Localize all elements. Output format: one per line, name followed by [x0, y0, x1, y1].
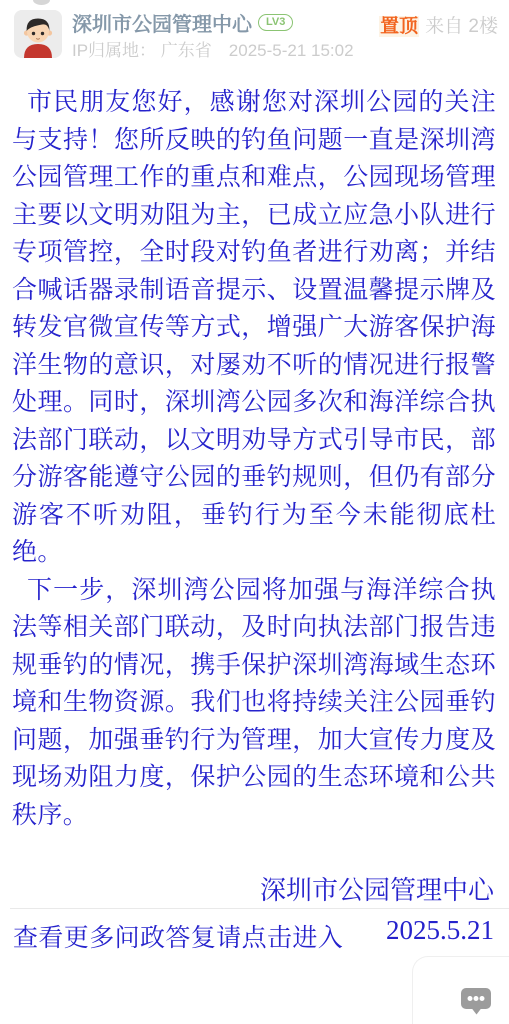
more-replies-link[interactable]: 查看更多问政答复请点击进入	[13, 921, 343, 955]
floor-label: 来自 2楼	[425, 16, 498, 37]
comment-button[interactable]	[460, 986, 492, 1016]
level-badge: LV3	[258, 14, 293, 31]
signature: 深圳市公园管理中心	[12, 874, 496, 906]
ip-location: IP归属地： 广东省	[72, 41, 212, 60]
post-datetime: 2025-5-21 15:02	[229, 41, 354, 60]
reply-paragraph: 市民朋友您好，感谢您对深圳公园的关注与支持！您所反映的钓鱼问题一直是深圳湾公园管…	[12, 84, 496, 572]
cutoff-decoration	[33, 0, 50, 5]
divider	[10, 908, 509, 909]
pinned-badge: 置顶	[379, 16, 419, 37]
username-link[interactable]: 深圳市公园管理中心	[72, 13, 252, 37]
post-meta: IP归属地： 广东省2025-5-21 15:02	[72, 41, 354, 61]
reply-paragraph: 下一步，深圳湾公园将加强与海洋综合执法等相关部门联动，及时向执法部门报告违规垂钓…	[12, 572, 496, 835]
post-body: 市民朋友您好，感谢您对深圳公园的关注与支持！您所反映的钓鱼问题一直是深圳湾公园管…	[0, 84, 509, 945]
header-right: 置顶来自 2楼	[379, 16, 498, 38]
post-page: 深圳市公园管理中心 LV3 置顶来自 2楼 IP归属地： 广东省2025-5-2…	[0, 0, 509, 1024]
avatar[interactable]	[14, 10, 62, 58]
boy-avatar-icon	[14, 10, 62, 58]
comment-bubble-icon	[460, 986, 492, 1016]
